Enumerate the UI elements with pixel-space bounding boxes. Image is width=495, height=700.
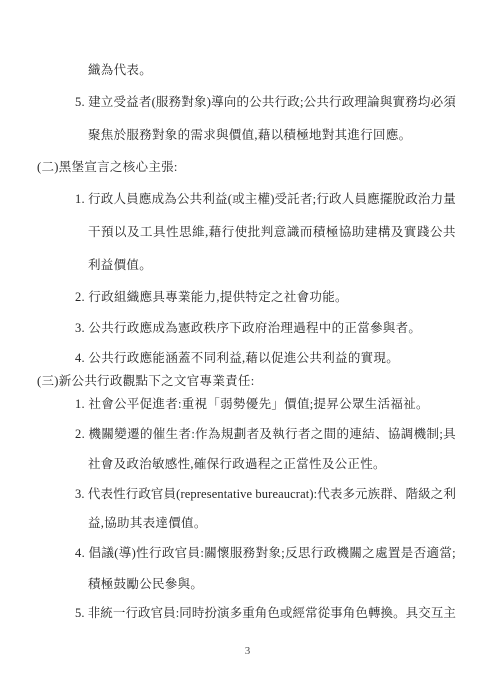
text-line: 干預以及工具性思維,藉行使批判意識而積極協助建構及實踐公共	[88, 224, 456, 240]
text-line: (三)新公共行政觀點下之文官專業責任:	[37, 373, 255, 389]
text-line: 2. 行政組織應具專業能力,提供特定之社會功能。	[75, 289, 348, 305]
text-line: 5. 建立受益者(服務對象)導向的公共行政;公共行政理論與實務均必須	[75, 94, 456, 110]
text-line: 益,協助其表達價值。	[88, 515, 207, 531]
text-line: 3. 代表性行政官員(representative bureaucrat):代表…	[75, 486, 456, 502]
page-number: 3	[0, 645, 495, 657]
text-line: 2. 機關變遷的催生者:作為規劃者及執行者之間的連結、協調機制;具	[75, 426, 456, 442]
text-line: 5. 非統一行政官員:同時扮演多重角色或經常從事角色轉換。具交互主	[75, 605, 456, 621]
text-layer: 織為代表。5. 建立受益者(服務對象)導向的公共行政;公共行政理論與實務均必須聚…	[0, 0, 495, 700]
text-line: 3. 公共行政應成為憲政秩序下政府治理過程中的正當參與者。	[75, 320, 421, 336]
text-line: 4. 倡議(導)性行政官員:關懷服務對象;反思行政機關之處置是否適當;	[75, 545, 456, 561]
text-line: 4. 公共行政應能涵蓋不同利益,藉以促進公共利益的實現。	[75, 350, 399, 366]
text-line: 1. 行政人員應成為公共利益(或主權)受託者;行政人員應擺脫政治力量	[75, 191, 456, 207]
document-page: 織為代表。5. 建立受益者(服務對象)導向的公共行政;公共行政理論與實務均必須聚…	[0, 0, 495, 700]
text-line: (二)黑堡宣言之核心主張:	[37, 159, 178, 175]
text-line: 社會及政治敏感性,確保行政過程之正當性及公正性。	[88, 456, 386, 472]
text-line: 利益價值。	[88, 257, 152, 273]
text-line: 聚焦於服務對象的需求與價值,藉以積極地對其進行回應。	[88, 127, 411, 143]
text-line: 積極鼓勵公民參與。	[88, 576, 203, 592]
text-line: 1. 社會公平促進者:重視「弱勢優先」價值;提昇公眾生活福祉。	[75, 396, 429, 412]
text-line: 織為代表。	[88, 62, 152, 78]
